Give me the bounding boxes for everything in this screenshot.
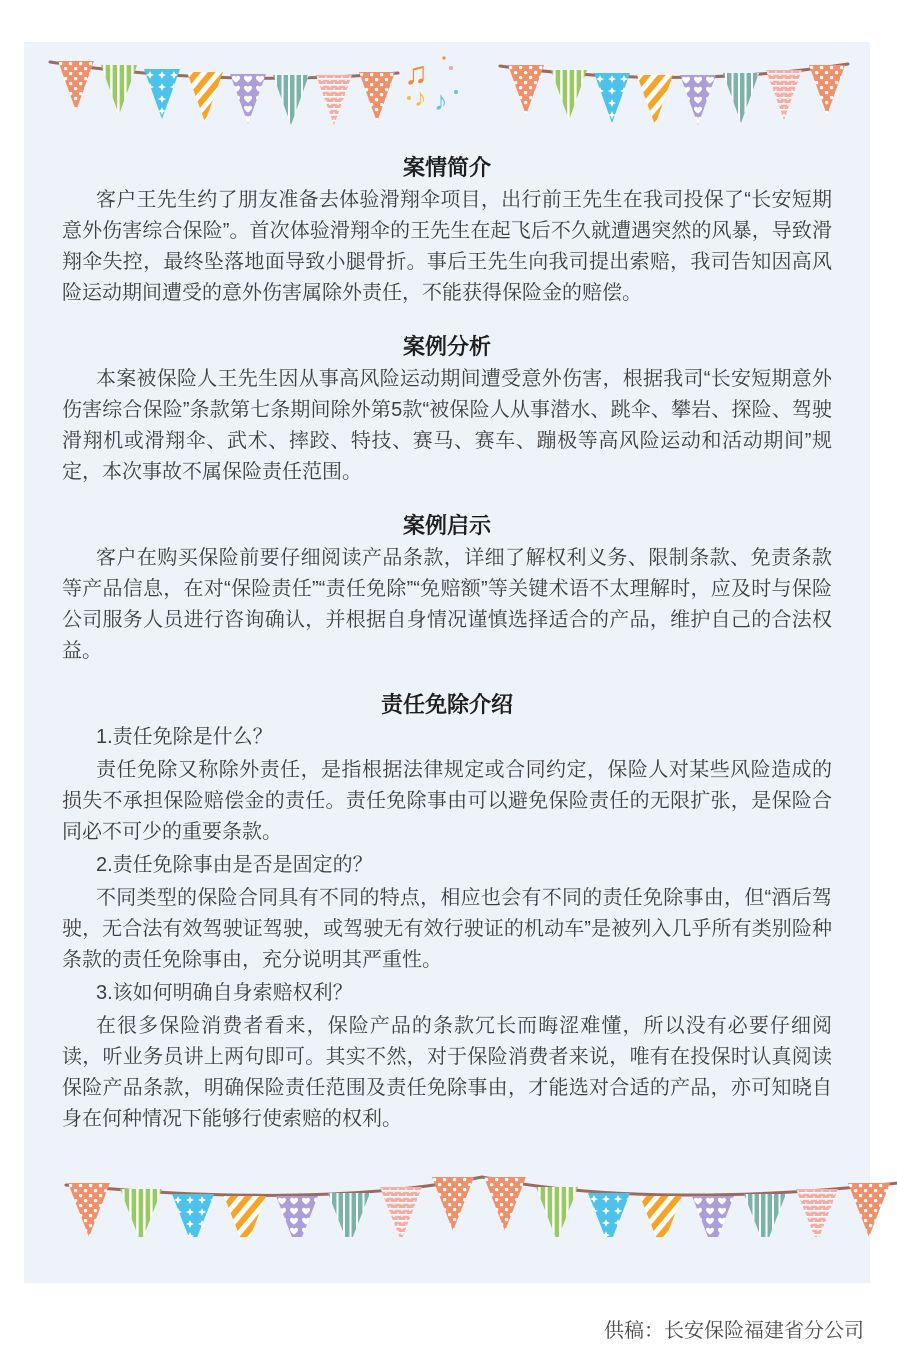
section-case-analysis: 案例分析 本案被保险人王先生因从事高风险运动期间遭受意外伤害，根据我司“长安短期…: [62, 331, 832, 488]
answer-1: 责任免除又称除外责任，是指根据法律规定或合同约定，保险人对某些风险造成的损失不承…: [62, 755, 832, 848]
section-case-insights: 案例启示 客户在购买保险前要仔细阅读产品条款，详细了解权利义务、限制条款、免责条…: [62, 510, 832, 667]
section-heading-liability-exemption: 责任免除介绍: [62, 689, 832, 720]
question-2: 2.责任免除事由是否是固定的？: [62, 850, 832, 881]
svg-text:♪: ♪: [414, 84, 427, 112]
section-heading-case-insights: 案例启示: [62, 510, 832, 541]
music-notes-icon: ♫ ♪ ♪: [404, 52, 464, 116]
section-case-summary: 案情简介 客户王先生约了朋友准备去体验滑翔伞项目，出行前王先生在我司投保了“长安…: [62, 152, 832, 309]
svg-text:♪: ♪: [434, 86, 448, 116]
footer-credit: 供稿：长安保险福建省分公司: [24, 1317, 870, 1345]
answer-3: 在很多保险消费者看来，保险产品的条款冗长而晦涩难懂，所以没有必要仔细阅读，听业务…: [62, 1011, 832, 1135]
paragraph: 客户王先生约了朋友准备去体验滑翔伞项目，出行前王先生在我司投保了“长安短期意外伤…: [62, 185, 832, 309]
section-liability-exemption-intro: 责任免除介绍 1.责任免除是什么？ 责任免除又称除外责任，是指根据法律规定或合同…: [62, 689, 832, 1135]
bunting-top: ♫ ♪ ♪: [24, 42, 870, 138]
question-1: 1.责任免除是什么？: [62, 722, 832, 753]
bunting-top-left: [48, 56, 400, 134]
content-panel: ♫ ♪ ♪ 案情简介 客户王先生约了朋友准备去体验滑翔伞项目，出行前王先生在我司…: [24, 42, 870, 1283]
section-heading-case-summary: 案情简介: [62, 152, 832, 183]
paragraph: 客户在购买保险前要仔细阅读产品条款，详细了解权利义务、限制条款、免责条款等产品信…: [62, 543, 832, 667]
bunting-top-right: [498, 56, 850, 134]
paragraph: 本案被保险人王先生因从事高风险运动期间遭受意外伤害，根据我司“长安短期意外伤害综…: [62, 364, 832, 488]
answer-2: 不同类型的保险合同具有不同的特点，相应也会有不同的责任免除事由，但“酒后驾驶，无…: [62, 883, 832, 976]
bunting-bottom: [62, 1167, 897, 1237]
page: { "page": { "background": "#FFFFFF", "pa…: [0, 0, 897, 1360]
question-3: 3.该如何明确自身索赔权利？: [62, 978, 832, 1009]
section-heading-case-analysis: 案例分析: [62, 331, 832, 362]
